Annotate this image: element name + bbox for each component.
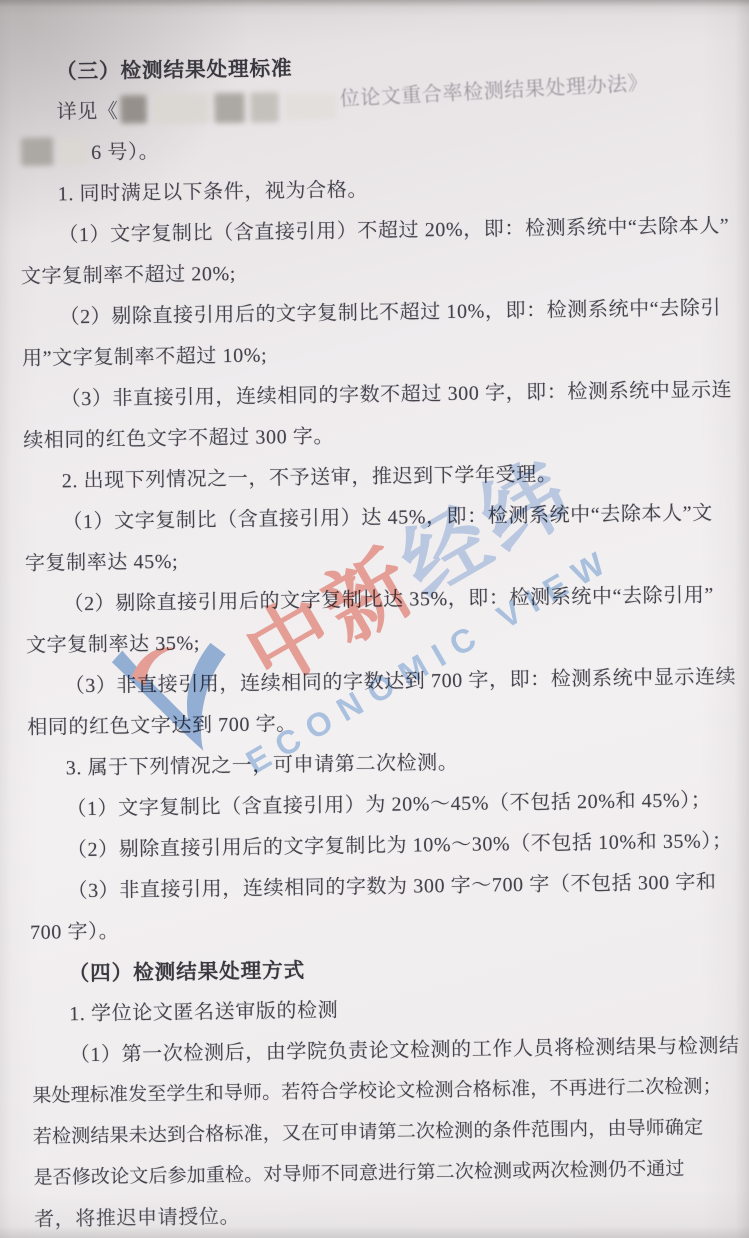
text-run: 700 字）。 — [30, 915, 120, 945]
text-run: 3. 属于下列情况之一，可申请第二次检测。 — [66, 746, 459, 780]
text-run: （2）剔除直接引用后的文字复制比为 10%～30%（不包括 10%和 35%）； — [67, 824, 733, 862]
text-run: （1）文字复制比（含直接引用）达 45%，即：检测系统中“去除本人”文 — [62, 496, 713, 534]
document-text-block: （三）检测结果处理标准详见《位论文重合率检测结果处理办法》6 号）。1. 同时满… — [0, 0, 749, 1238]
text-run: 详见《 — [56, 95, 118, 125]
text-run: 1. 学位论文匿名送审版的检测 — [69, 994, 338, 1027]
text-run: （1）文字复制比（含直接引用）为 20%～45%（不包括 20%和 45%）； — [66, 783, 711, 821]
text-run: （1）文字复制比（含直接引用）不超过 20%，即：检测系统中“去除本人” — [58, 209, 729, 247]
text-run: 是否修改论文后参加重检。对导师不同意进行第二次检测或两次检测仍不通过 — [33, 1154, 684, 1190]
redaction-blur — [152, 93, 208, 124]
text-run: 者，将推迟申请授位。 — [34, 1200, 240, 1232]
text-run: 续相同的红色文字不超过 300 字。 — [23, 420, 334, 453]
text-run: （四）检测结果处理方式 — [68, 953, 305, 986]
text-run: 1. 同时满足以下条件，视为合格。 — [58, 173, 369, 206]
redaction-blur — [214, 92, 244, 122]
text-run: 字复制率达 45%; — [25, 545, 179, 576]
redaction-blur — [284, 93, 336, 120]
redaction-blur — [250, 92, 278, 122]
text-run: （2）剔除直接引用后的文字复制比不超过 10%，即：检测系统中“去除引 — [59, 291, 721, 329]
text-run: （3）非直接引用，连续相同的字数不超过 300 字，即：检测系统中显示连 — [60, 373, 732, 411]
text-run: 2. 出现下列情况之一，不予送审，推迟到下学年受理。 — [62, 457, 558, 493]
text-run: （1）第一次检测后，由学院负责论文检测的工作人员将检测结果与检测结 — [70, 1029, 740, 1067]
text-run: （2）剔除直接引用后的文字复制比达 35%，即：检测系统中“去除引用” — [63, 578, 714, 616]
text-run: 相同的红色文字达到 700 字。 — [27, 707, 297, 740]
photographed-document-page: （三）检测结果处理标准详见《位论文重合率检测结果处理办法》6 号）。1. 同时满… — [0, 0, 749, 1238]
text-run: 6 号）。 — [91, 135, 159, 165]
text-run: 若检测结果未达到合格标准，又在可申请第二次检测的条件范围内，由导师确定 — [33, 1112, 704, 1148]
text-run: 文字复制率不超过 20%; — [21, 257, 236, 289]
text-run: （3）非直接引用，连续相同的字数达到 700 字，即：检测系统中显示连续 — [64, 660, 736, 698]
text-run: （3）非直接引用，连续相同的字数为 300 字～700 字（不包括 300 字和 — [67, 865, 716, 903]
redaction-blur — [59, 137, 87, 163]
redaction-blur — [120, 95, 146, 123]
text-run: 用”文字复制率不超过 10%; — [22, 338, 267, 370]
text-run: 文字复制率达 35%; — [26, 626, 200, 657]
redaction-blur — [21, 137, 53, 165]
text-run: 果处理标准发至学生和导师。若符合学校论文检测合格标准，不再进行二次检测； — [32, 1071, 722, 1108]
text-run: （三）检测结果处理标准 — [56, 51, 293, 84]
